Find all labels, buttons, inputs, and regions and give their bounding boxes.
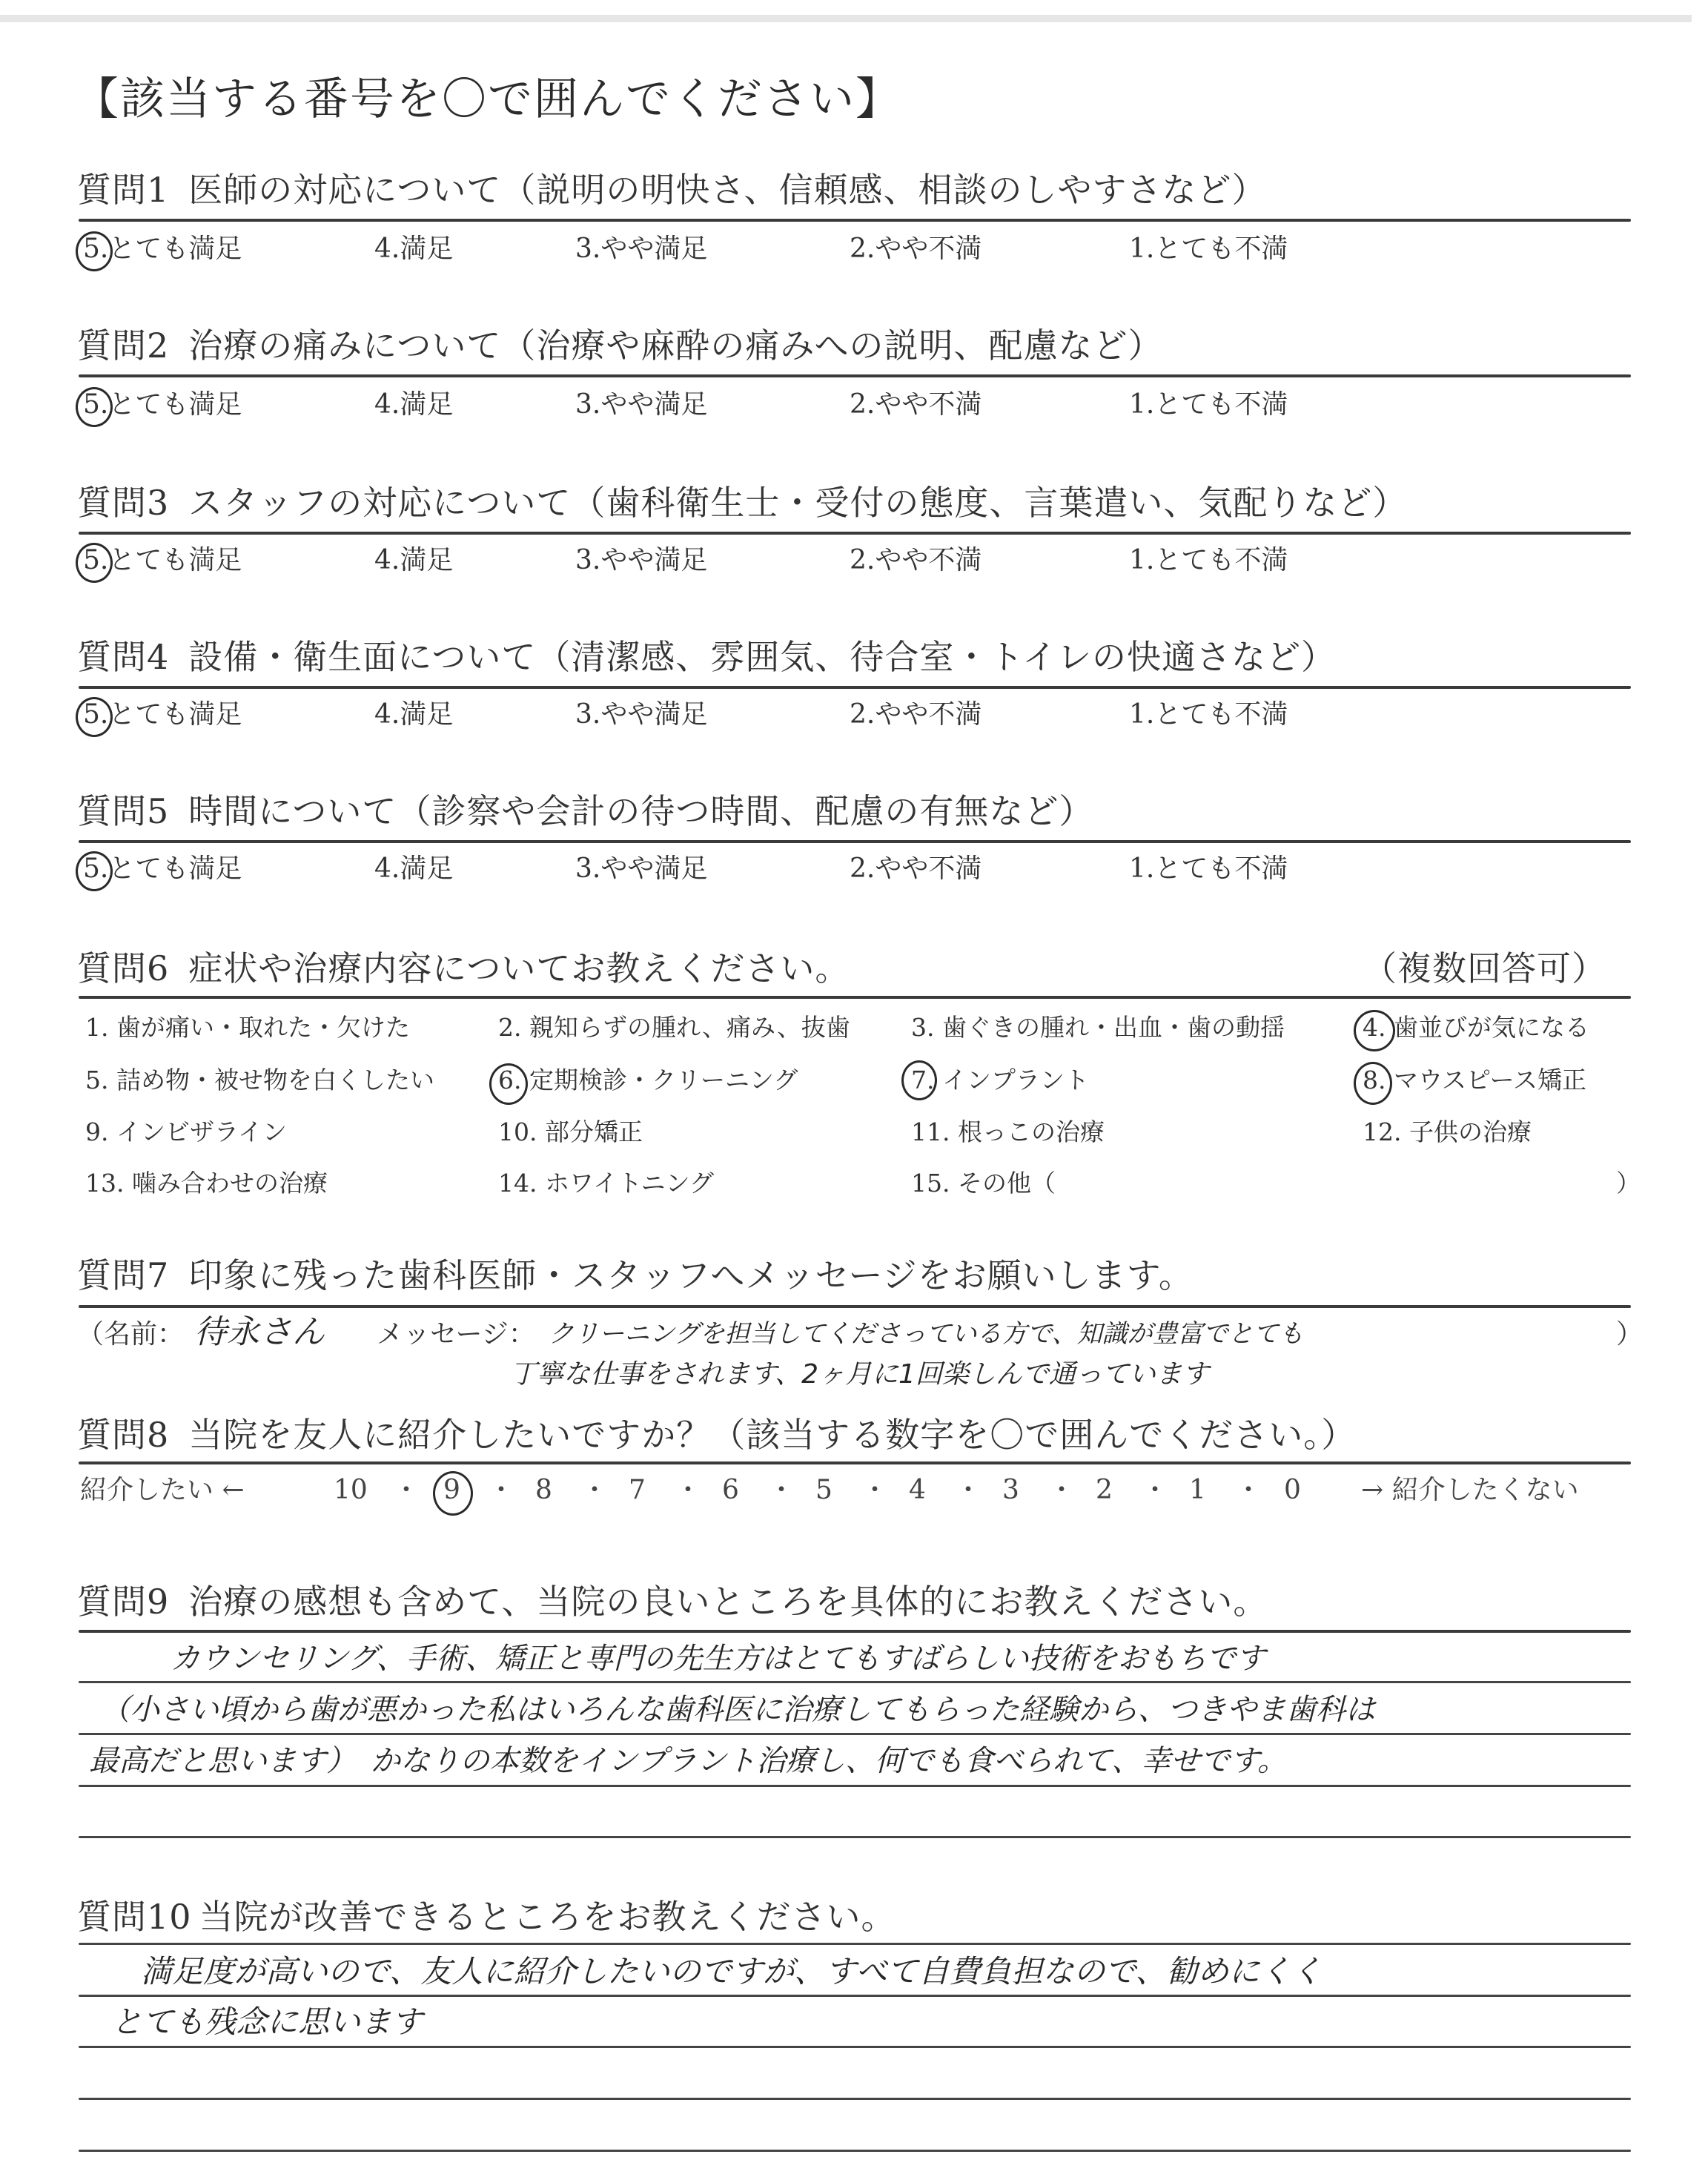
scale-4[interactable]: 4 bbox=[909, 1474, 926, 1507]
scale-1[interactable]: 1 bbox=[1189, 1474, 1206, 1507]
scale-7[interactable]: 7 bbox=[629, 1474, 646, 1507]
question-number: 質問6 bbox=[77, 948, 169, 988]
q1-option-1[interactable]: 1.とても不満 bbox=[1129, 233, 1288, 265]
q1-option-4[interactable]: 4.満足 bbox=[374, 233, 453, 265]
question-9-heading: 質問9治療の感想も含めて、当院の良いところを具体的にお教えください。 bbox=[77, 1581, 1268, 1622]
scale-separator: ・ bbox=[675, 1474, 701, 1507]
q6-item-6[interactable]: 6. 定期検診・クリーニング bbox=[498, 1066, 798, 1095]
question-number: 質問8 bbox=[77, 1415, 169, 1455]
q6-item-8[interactable]: 8. マウスピース矯正 bbox=[1363, 1066, 1586, 1095]
multiple-answers-note: （複数回答可） bbox=[1363, 948, 1606, 989]
scale-separator: ・ bbox=[488, 1474, 514, 1507]
q5-option-4[interactable]: 4.満足 bbox=[374, 853, 453, 885]
q2-option-5[interactable]: 5.とても満足 bbox=[83, 389, 242, 421]
scale-separator: ・ bbox=[393, 1474, 420, 1507]
q4-option-5[interactable]: 5.とても満足 bbox=[83, 698, 242, 731]
q3-option-4[interactable]: 4.満足 bbox=[374, 544, 453, 577]
q5-option-2[interactable]: 2.やや不満 bbox=[850, 853, 982, 885]
q6-other-close-paren: ） bbox=[1616, 1169, 1641, 1198]
question-text: 医師の対応について（説明の明快さ、信頼感、相談のしやすさなど） bbox=[188, 170, 1266, 210]
q1-option-5[interactable]: 5.とても満足 bbox=[83, 233, 242, 265]
scale-separator: ・ bbox=[768, 1474, 795, 1507]
scale-separator: ・ bbox=[955, 1474, 982, 1507]
q9-answer-line-3[interactable]: 最高だと思います） かなりの本数をインプラント治療し、何でも食べられて、幸せです… bbox=[89, 1743, 1287, 1780]
divider bbox=[79, 219, 1631, 222]
answer-line bbox=[79, 1630, 1631, 1633]
question-number: 質問2 bbox=[77, 326, 169, 366]
q6-item-9[interactable]: 9. インビザライン bbox=[85, 1117, 287, 1147]
question-number: 質問1 bbox=[77, 170, 169, 210]
divider bbox=[79, 1305, 1631, 1308]
question-2-heading: 質問2治療の痛みについて（治療や麻酔の痛みへの説明、配慮など） bbox=[77, 325, 1162, 366]
q5-option-5[interactable]: 5.とても満足 bbox=[83, 853, 242, 885]
question-8-heading: 質問8当院を友人に紹介したいですか？（該当する数字を〇で囲んでください。） bbox=[77, 1414, 1356, 1456]
answer-line bbox=[79, 1785, 1631, 1787]
question-text: 印象に残った歯科医師・スタッフへメッセージをお願いします。 bbox=[188, 1255, 1194, 1295]
question-10-heading: 質問10当院が改善できるところをお教えください。 bbox=[77, 1896, 896, 1938]
q6-item-15[interactable]: 15. その他（ bbox=[911, 1169, 1056, 1198]
divider bbox=[79, 374, 1631, 377]
q1-option-3[interactable]: 3.やや満足 bbox=[575, 233, 707, 265]
q2-option-3[interactable]: 3.やや満足 bbox=[575, 389, 707, 421]
divider bbox=[79, 532, 1631, 535]
divider bbox=[79, 1462, 1631, 1464]
scale-10[interactable]: 10 bbox=[334, 1474, 368, 1507]
scale-separator: ・ bbox=[1235, 1474, 1262, 1507]
q3-option-2[interactable]: 2.やや不満 bbox=[850, 544, 982, 577]
question-number: 質問3 bbox=[77, 483, 169, 523]
question-number: 質問9 bbox=[77, 1582, 169, 1622]
answer-line bbox=[79, 2150, 1631, 2152]
q6-item-12[interactable]: 12. 子供の治療 bbox=[1363, 1117, 1532, 1147]
q6-item-2[interactable]: 2. 親知らずの腫れ、痛み、抜歯 bbox=[498, 1013, 850, 1043]
question-6-heading: 質問6症状や治療内容についてお教えください。 bbox=[77, 948, 850, 989]
question-number: 質問5 bbox=[77, 791, 169, 831]
divider bbox=[79, 840, 1631, 843]
question-text: 当院を友人に紹介したいですか？（該当する数字を〇で囲んでください。） bbox=[188, 1415, 1356, 1455]
scale-separator: ・ bbox=[1048, 1474, 1075, 1507]
question-text: 症状や治療内容についてお教えください。 bbox=[188, 948, 850, 988]
question-5-heading: 質問5時間について（診察や会計の待つ時間、配慮の有無など） bbox=[77, 790, 1093, 832]
message-close-paren: ） bbox=[1616, 1318, 1643, 1351]
answer-line bbox=[79, 2046, 1631, 2048]
scale-separator: ・ bbox=[861, 1474, 888, 1507]
q6-item-10[interactable]: 10. 部分矯正 bbox=[498, 1117, 643, 1147]
staff-name-field[interactable]: 待永さん bbox=[194, 1312, 325, 1353]
question-text: 時間について（診察や会計の待つ時間、配慮の有無など） bbox=[188, 791, 1093, 831]
q6-item-14[interactable]: 14. ホワイトニング bbox=[498, 1169, 714, 1198]
question-number: 質問4 bbox=[77, 637, 169, 677]
question-3-heading: 質問3スタッフの対応について（歯科衛生士・受付の態度、言葉遣い、気配りなど） bbox=[77, 482, 1407, 524]
scale-3[interactable]: 3 bbox=[1002, 1474, 1019, 1507]
q6-item-1[interactable]: 1. 歯が痛い・取れた・欠けた bbox=[85, 1013, 410, 1043]
question-1-heading: 質問1医師の対応について（説明の明快さ、信頼感、相談のしやすさなど） bbox=[77, 169, 1267, 211]
question-text: 設備・衛生面について（清潔感、雰囲気、待合室・トイレの快適さなど） bbox=[188, 637, 1336, 677]
q10-answer-line-1[interactable]: 満足度が高いので、友人に紹介したいのですが、すべて自費負担なので、勧めにくく bbox=[141, 1953, 1322, 1990]
answer-line bbox=[79, 1995, 1631, 1997]
answer-line bbox=[79, 1733, 1631, 1735]
q4-option-4[interactable]: 4.満足 bbox=[374, 698, 453, 731]
q6-item-4[interactable]: 4. 歯並びが気になる bbox=[1363, 1013, 1589, 1043]
scale-5[interactable]: 5 bbox=[815, 1474, 833, 1507]
q6-item-13[interactable]: 13. 噛み合わせの治療 bbox=[85, 1169, 328, 1198]
name-label: （名前： bbox=[77, 1318, 184, 1351]
answer-line bbox=[79, 1943, 1631, 1945]
q6-item-5[interactable]: 5. 詰め物・被せ物を白くしたい bbox=[85, 1066, 434, 1095]
scale-separator: ・ bbox=[1142, 1474, 1168, 1507]
q2-option-1[interactable]: 1.とても不満 bbox=[1129, 389, 1288, 421]
scale-6[interactable]: 6 bbox=[722, 1474, 739, 1507]
q4-option-1[interactable]: 1.とても不満 bbox=[1129, 698, 1288, 731]
q3-option-5[interactable]: 5.とても満足 bbox=[83, 544, 242, 577]
q3-option-1[interactable]: 1.とても不満 bbox=[1129, 544, 1288, 577]
question-number: 質問10 bbox=[77, 1897, 192, 1937]
q2-option-2[interactable]: 2.やや不満 bbox=[850, 389, 982, 421]
q4-option-2[interactable]: 2.やや不満 bbox=[850, 698, 982, 731]
scale-0[interactable]: 0 bbox=[1284, 1474, 1301, 1507]
scan-top-edge bbox=[0, 15, 1692, 22]
scale-8[interactable]: 8 bbox=[535, 1474, 552, 1507]
answer-line bbox=[79, 1836, 1631, 1838]
q9-answer-line-2[interactable]: （小さい頃から歯が悪かった私はいろんな歯科医に治療してもらった経験から、つきやま… bbox=[100, 1691, 1375, 1728]
recommend-right-label: → 紹介したくない bbox=[1361, 1474, 1579, 1507]
q1-option-2[interactable]: 2.やや不満 bbox=[850, 233, 982, 265]
q5-option-1[interactable]: 1.とても不満 bbox=[1129, 853, 1288, 885]
question-text: スタッフの対応について（歯科衛生士・受付の態度、言葉遣い、気配りなど） bbox=[188, 483, 1407, 523]
answer-line bbox=[79, 2098, 1631, 2100]
question-4-heading: 質問4設備・衛生面について（清潔感、雰囲気、待合室・トイレの快適さなど） bbox=[77, 636, 1336, 678]
q9-answer-line-1[interactable]: カウンセリング、手術、矯正と専門の先生方はとてもすばらしい技術をおもちです bbox=[171, 1640, 1265, 1677]
question-number: 質問7 bbox=[77, 1255, 169, 1295]
q10-answer-line-2[interactable]: とても残念に思います bbox=[111, 2004, 423, 2041]
q4-option-3[interactable]: 3.やや満足 bbox=[575, 698, 707, 731]
message-label: メッセージ： bbox=[377, 1318, 535, 1351]
divider bbox=[79, 686, 1631, 689]
divider bbox=[79, 996, 1631, 999]
message-field-line-2[interactable]: 丁寧な仕事をされます、2ヶ月に1回楽しんで通っています bbox=[510, 1357, 1209, 1393]
recommend-left-label: 紹介したい ← bbox=[80, 1474, 245, 1507]
page-title: 【該当する番号を〇で囲んでください】 bbox=[74, 73, 901, 126]
answer-line bbox=[79, 1681, 1631, 1683]
q5-option-3[interactable]: 3.やや満足 bbox=[575, 853, 707, 885]
q6-item-3[interactable]: 3. 歯ぐきの腫れ・出血・歯の動揺 bbox=[911, 1013, 1285, 1043]
question-text: 当院が改善できるところをお教えください。 bbox=[199, 1897, 896, 1937]
scale-separator: ・ bbox=[581, 1474, 608, 1507]
scale-2[interactable]: 2 bbox=[1096, 1474, 1113, 1507]
q6-item-7[interactable]: 7. インプラント bbox=[911, 1066, 1089, 1095]
question-text: 治療の痛みについて（治療や麻酔の痛みへの説明、配慮など） bbox=[188, 326, 1162, 366]
question-7-heading: 質問7印象に残った歯科医師・スタッフへメッセージをお願いします。 bbox=[77, 1255, 1194, 1296]
q3-option-3[interactable]: 3.やや満足 bbox=[575, 544, 707, 577]
question-text: 治療の感想も含めて、当院の良いところを具体的にお教えください。 bbox=[188, 1582, 1268, 1622]
q2-option-4[interactable]: 4.満足 bbox=[374, 389, 453, 421]
scale-9[interactable]: 9 bbox=[443, 1474, 460, 1507]
q6-item-11[interactable]: 11. 根っこの治療 bbox=[911, 1117, 1105, 1147]
message-field-line-1[interactable]: クリーニングを担当してくださっている方で、知識が豊富でとても bbox=[549, 1317, 1304, 1351]
